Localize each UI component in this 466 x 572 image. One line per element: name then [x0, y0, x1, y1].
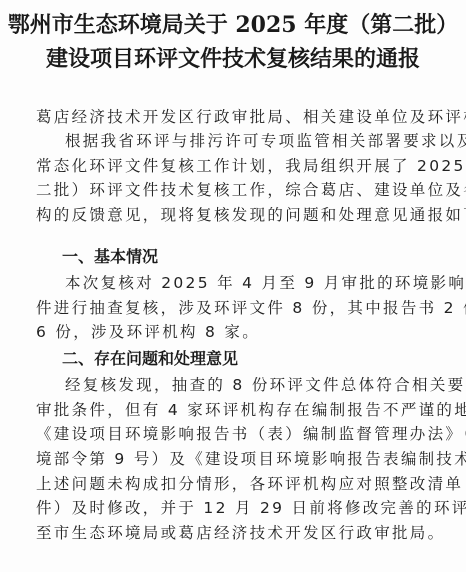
salutation: 葛店经济技术开发区行政审批局、相关建设单位及环评机构:: [36, 107, 466, 127]
section2-line: 至市生态环境局或葛店经济技术开发区行政审批局。: [36, 523, 445, 543]
intro-line: 常态化环评文件复核工作计划，我局组织开展了 2025 年度（第: [36, 156, 466, 176]
section2-line: 件）及时修改，并于 12 月 29 日前将修改完善的环评报告文件报: [36, 498, 466, 518]
section2-line: 经复核发现，抽查的 8 份环评文件总体符合相关要求，满足: [65, 375, 466, 395]
section2-line: 境部令第 9 号）及《建设项目环境影响报告表编制技术指南》，: [36, 449, 466, 469]
section2-line: 审批条件，但有 4 家环评机构存在编制报告不严谨的地方。根据: [36, 400, 466, 420]
document-title-line-2: 建设项目环评文件技术复核结果的通报: [0, 42, 466, 73]
document-page: 鄂州市生态环境局关于 2025 年度（第二批） 建设项目环评文件技术复核结果的通…: [0, 0, 466, 572]
section1-line: 6 份，涉及环评机构 8 家。: [36, 322, 260, 342]
intro-line: 二批）环评文件技术复核工作，综合葛店、建设单位及各环评机: [36, 180, 466, 200]
document-title-line-1: 鄂州市生态环境局关于 2025 年度（第二批）: [0, 8, 466, 39]
section2-line: 《建设项目环境影响报告书（表）编制监督管理办法》（生态环: [36, 424, 466, 444]
section2-line: 上述问题未构成扣分情形，各环评机构应对照整改清单（详见附: [36, 474, 466, 494]
intro-line: 构的反馈意见，现将复核发现的问题和处理意见通报如下:: [36, 205, 466, 225]
section1-line: 本次复核对 2025 年 4 月至 9 月审批的环境影响评价报告文: [65, 273, 466, 293]
section-heading-basic-situation: 一、基本情况: [62, 247, 158, 267]
intro-line: 根据我省环评与排污许可专项监管相关部署要求以及我市: [65, 131, 466, 151]
section-heading-issues: 二、存在问题和处理意见: [62, 349, 238, 369]
section1-line: 件进行抽查复核，涉及环评文件 8 份，其中报告书 2 份、报告表: [36, 298, 466, 318]
